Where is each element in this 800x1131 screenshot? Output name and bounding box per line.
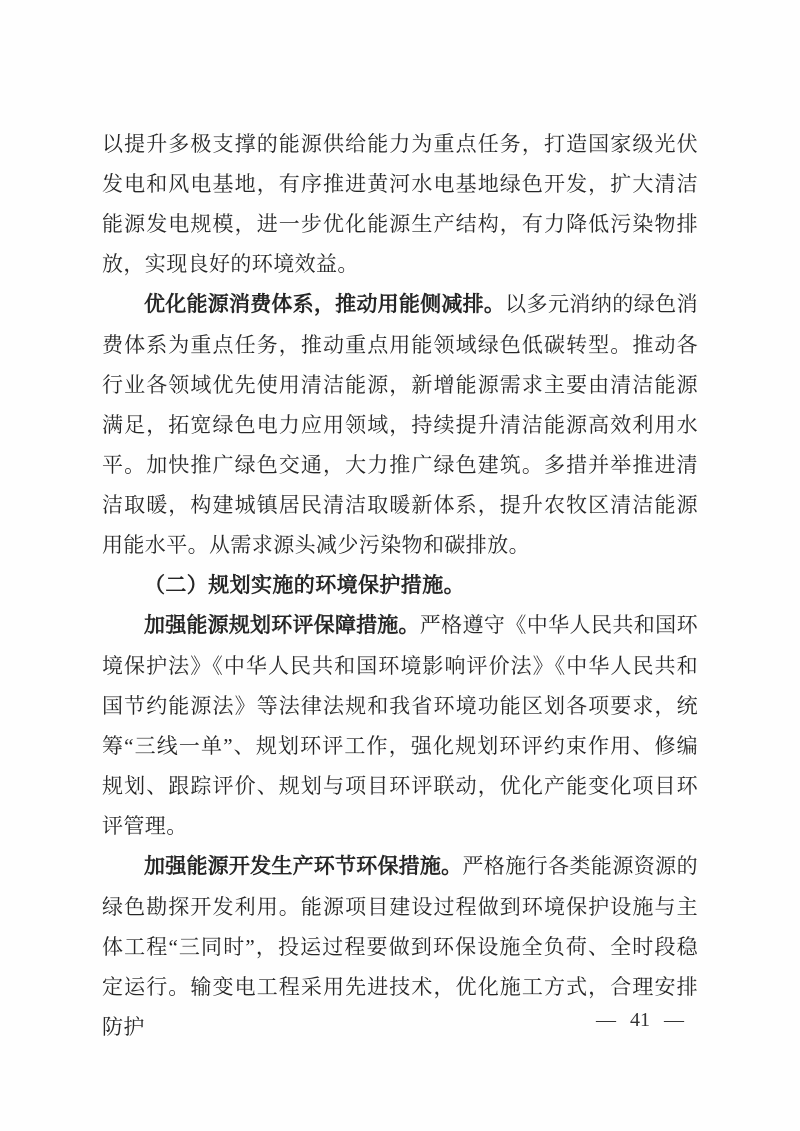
section-heading-2: （二）规划实施的环境保护措施。 <box>102 565 698 605</box>
paragraph-text: 以多元消纳的绿色消费体系为重点任务，推动重点用能领域绿色低碳转型。推动各行业各领… <box>102 292 698 557</box>
document-page: 以提升多极支撑的能源供给能力为重点任务，打造国家级光伏发电和风电基地，有序推进黄… <box>0 0 800 1131</box>
paragraph-text: 以提升多极支撑的能源供给能力为重点任务，打造国家级光伏发电和风电基地，有序推进黄… <box>102 132 698 276</box>
paragraph-planning-eia: 加强能源规划环评保障措施。严格遵守《中华人民共和国环境保护法》《中华人民共和国环… <box>102 605 698 846</box>
paragraph-continuation: 以提升多极支撑的能源供给能力为重点任务，打造国家级光伏发电和风电基地，有序推进黄… <box>102 124 698 284</box>
paragraph-bold-lead: 加强能源规划环评保障措施。 <box>144 614 420 637</box>
paragraph-energy-consumption: 优化能源消费体系，推动用能侧减排。以多元消纳的绿色消费体系为重点任务，推动重点用… <box>102 284 698 565</box>
section-heading-text: （二）规划实施的环境保护措施。 <box>144 573 465 597</box>
footer-dash-right: — <box>664 1006 684 1034</box>
footer-dash-left: — <box>596 1006 616 1034</box>
paragraph-bold-lead: 优化能源消费体系，推动用能侧减排。 <box>144 293 505 316</box>
document-body: 以提升多极支撑的能源供给能力为重点任务，打造国家级光伏发电和风电基地，有序推进黄… <box>102 124 698 1047</box>
page-number: 41 <box>630 1006 650 1034</box>
paragraph-text: 严格遵守《中华人民共和国环境保护法》《中华人民共和国环境影响评价法》《中华人民共… <box>102 613 698 838</box>
paragraph-bold-lead: 加强能源开发生产环节环保措施。 <box>144 855 462 878</box>
page-footer: —41— <box>596 1006 684 1034</box>
